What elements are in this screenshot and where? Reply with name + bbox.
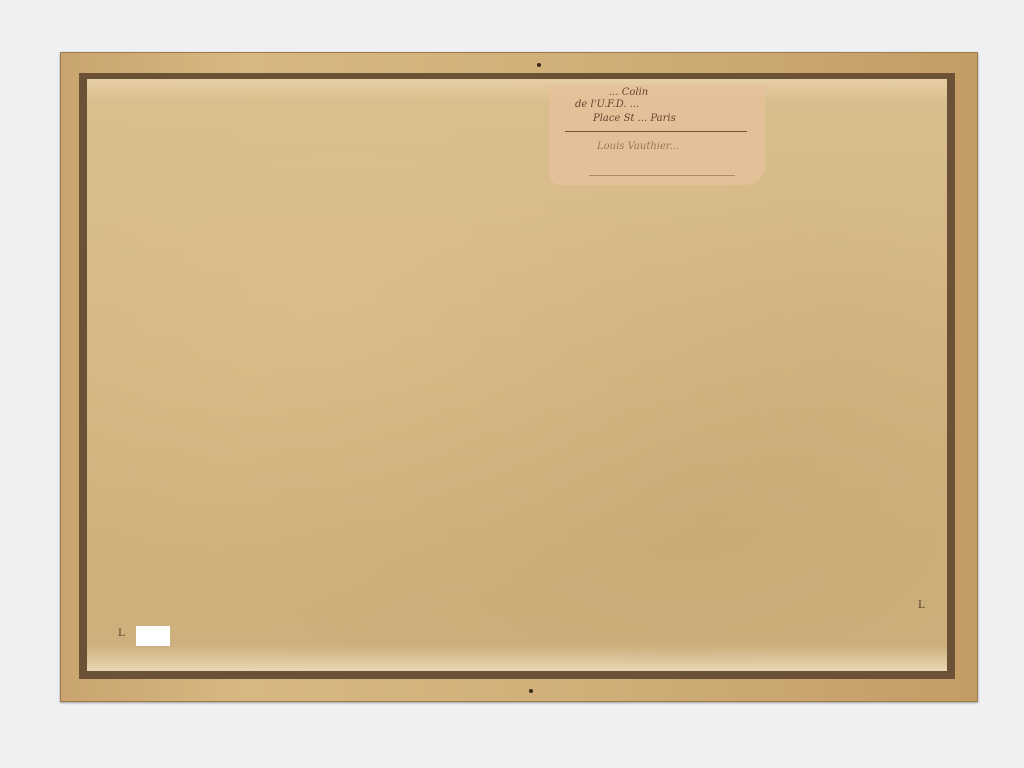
paper-backing: ... Colin de l'U.F.D. ... Place St ... P… [87,79,947,671]
label-line: ... Colin [609,87,648,98]
torn-bottom-edge [87,645,947,671]
white-sticker [136,626,170,646]
label-line: Place St ... Paris [593,113,676,124]
hanging-nail [537,63,541,67]
handwritten-label: ... Colin de l'U.F.D. ... Place St ... P… [549,85,765,185]
label-rule [565,131,747,132]
label-line: Louis Vauthier... [597,141,679,152]
pencil-mark: L [118,628,125,639]
label-rule [589,175,735,176]
torn-top-edge [87,79,947,101]
label-line: de l'U.F.D. ... [575,99,639,110]
hanging-nail [529,689,533,693]
picture-frame: ... Colin de l'U.F.D. ... Place St ... P… [60,52,978,702]
pencil-mark: L [918,600,925,611]
